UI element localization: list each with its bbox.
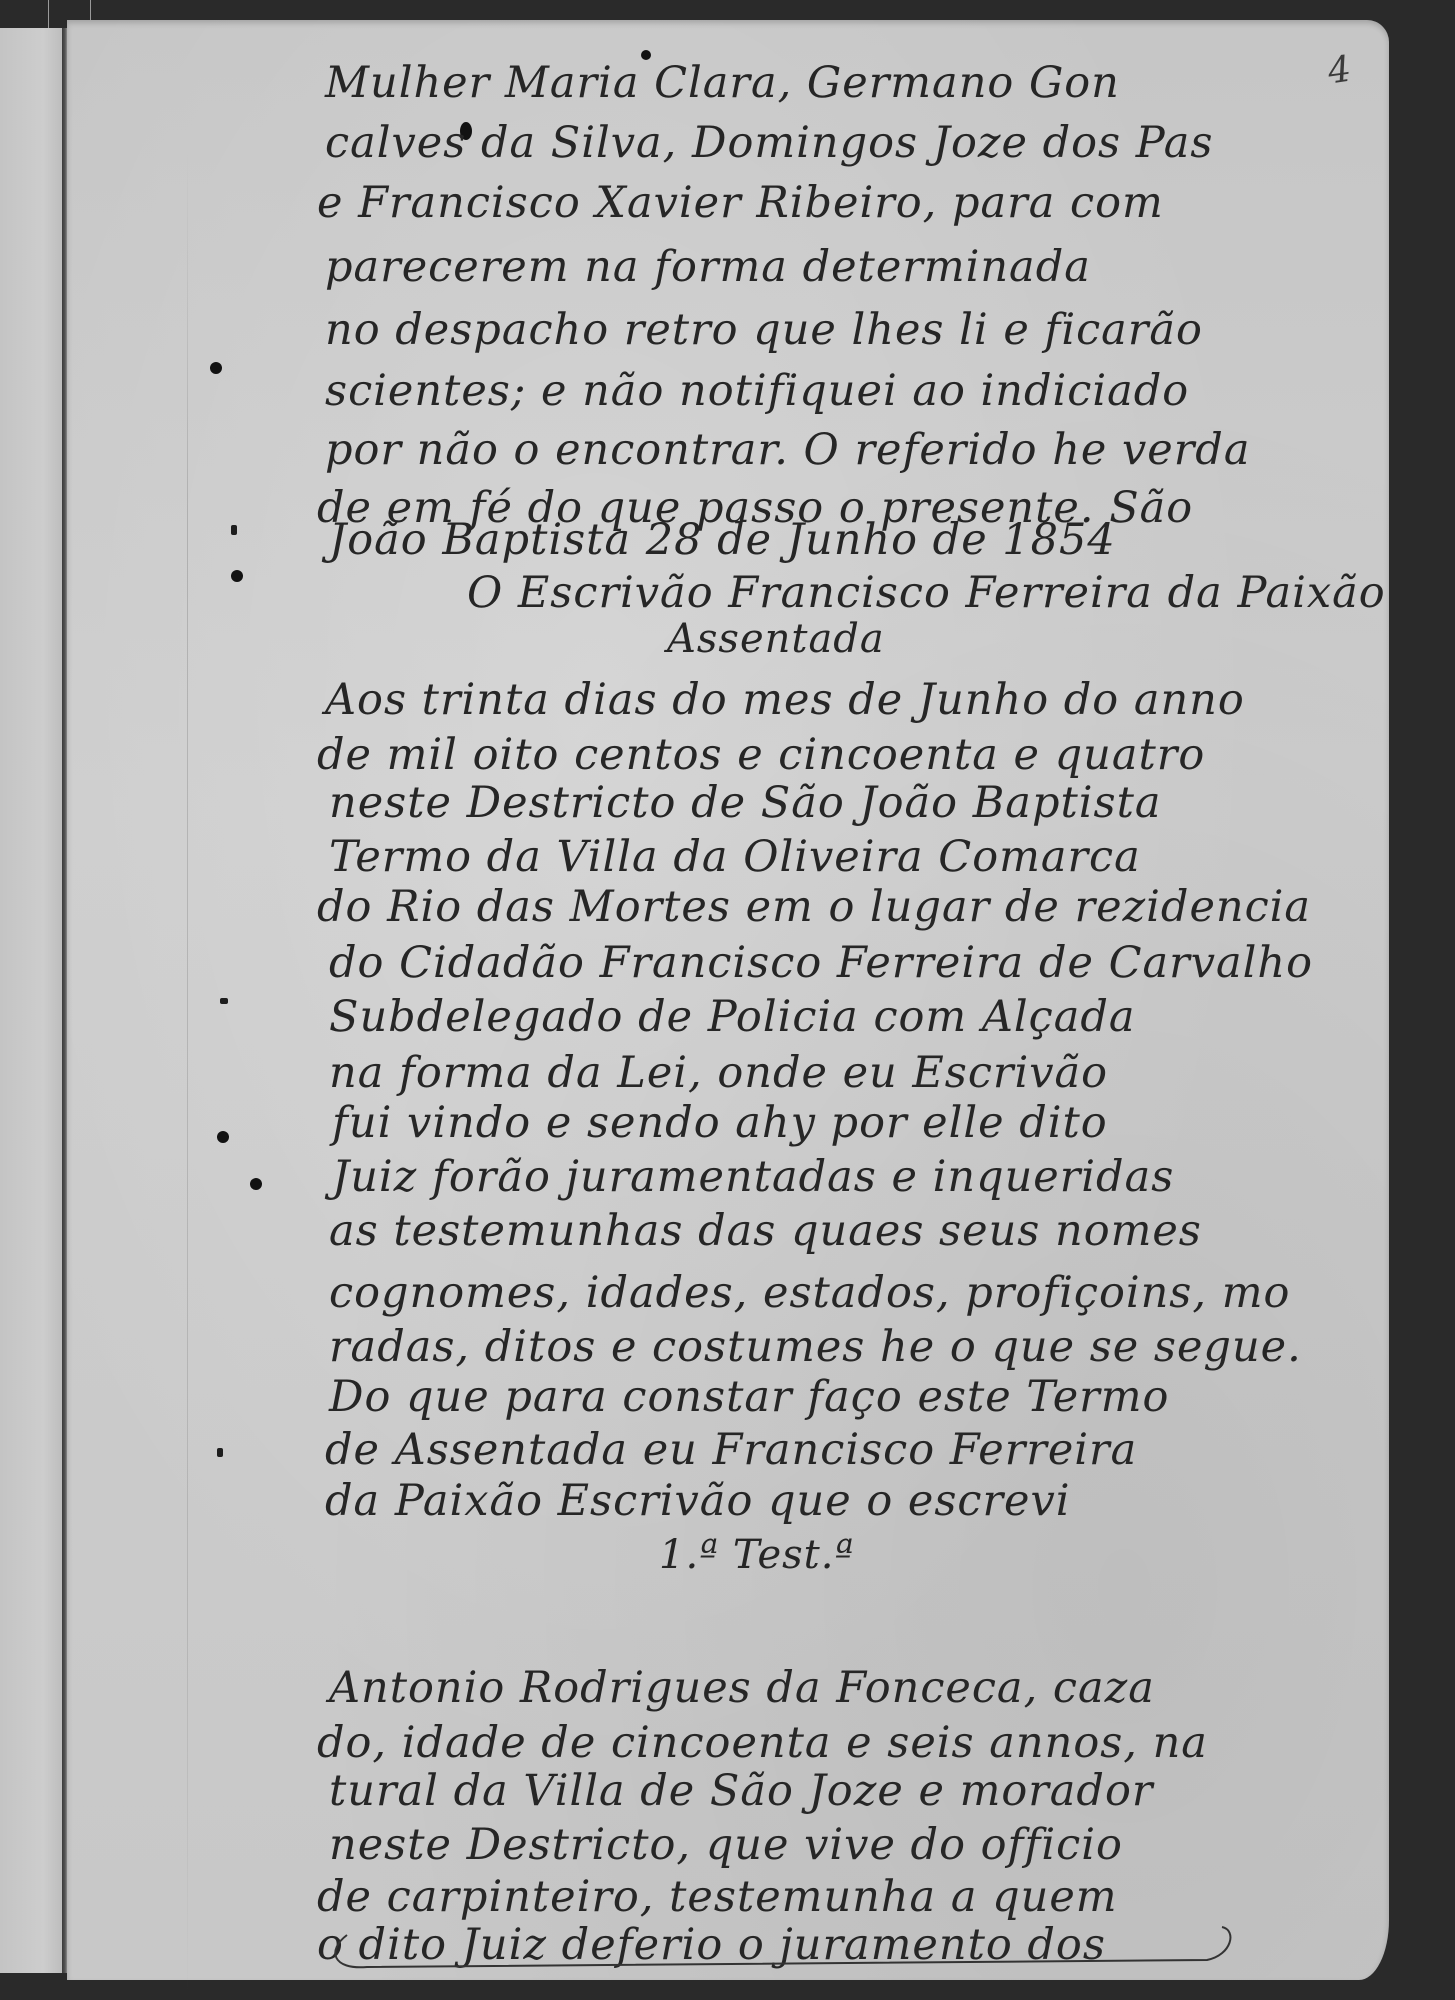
manuscript-line: por não o encontrar. O referido he verda [325,425,1250,475]
scanned-manuscript: 4 Mulher Maria Clara, Germano Gon calves… [0,0,1455,2000]
manuscript-line: no despacho retro que lhes li e ficarão [325,305,1203,355]
ink-dot [217,1131,229,1143]
manuscript-line: na forma da Lei, onde eu Escrivão [329,1048,1108,1098]
manuscript-line: Antonio Rodrigues da Fonceca, caza [329,1663,1155,1713]
manuscript-page: 4 Mulher Maria Clara, Germano Gon calves… [67,20,1389,1980]
manuscript-line: radas, ditos e costumes he o que se segu… [329,1322,1302,1372]
manuscript-line: fui vindo e sendo ahy por elle dito [332,1098,1108,1148]
page-number: 4 [1325,49,1353,93]
ink-dot [250,1178,262,1190]
manuscript-line: cognomes, idades, estados, profiçoins, m… [329,1268,1290,1318]
manuscript-line: de Assentada eu Francisco Ferreira [325,1425,1137,1475]
manuscript-line: João Baptista 28 de Junho de 1854 [329,515,1116,565]
manuscript-line: as testemunhas das quaes seus nomes [329,1206,1202,1256]
binding-edge-line [48,0,49,30]
manuscript-line: Juiz forão juramentadas e inqueridas [332,1152,1174,1202]
section-heading: Assentada [667,616,885,662]
ink-dot [210,362,222,374]
ink-mark [220,998,228,1004]
manuscript-line: scientes; e não notifiquei ao indiciado [325,366,1189,416]
signature-line: O Escrivão Francisco Ferreira da Paixão [467,568,1386,618]
manuscript-line: do, idade de cincoenta e seis annos, na [317,1718,1208,1768]
manuscript-line: da Paixão Escrivão que o escrevi [325,1476,1071,1526]
manuscript-line: neste Destricto de São João Baptista [329,778,1162,828]
manuscript-line: do Rio das Mortes em o lugar de rezidenc… [317,882,1311,932]
facing-page-strip [0,28,62,1973]
manuscript-line: Termo da Villa da Oliveira Comarca [329,832,1141,882]
manuscript-line: calves da Silva, Domingos Joze dos Pas [325,118,1214,168]
ink-mark [231,525,237,535]
manuscript-line: Aos trinta dias do mes de Junho do anno [325,675,1245,725]
manuscript-line: neste Destricto, que vive do officio [329,1820,1123,1870]
manuscript-line: Mulher Maria Clara, Germano Gon [325,58,1120,108]
manuscript-line: de carpinteiro, testemunha a quem [317,1872,1118,1922]
manuscript-line: tural da Villa de São Joze e morador [329,1766,1153,1816]
manuscript-line: parecerem na forma determinada [325,242,1091,292]
ink-dot [231,570,243,582]
manuscript-line: de mil oito centos e cincoenta e quatro [317,730,1205,780]
witness-heading: 1.ª Test.ª [659,1532,854,1578]
manuscript-line: e Francisco Xavier Ribeiro, para com [317,178,1164,228]
ink-mark [217,1448,223,1457]
manuscript-line: Subdelegado de Policia com Alçada [329,992,1136,1042]
closing-flourish-line [327,1925,1247,1975]
manuscript-line: Do que para constar faço este Termo [329,1372,1169,1422]
paper-fold-line [187,150,188,2000]
manuscript-line: do Cidadão Francisco Ferreira de Carvalh… [329,938,1313,988]
